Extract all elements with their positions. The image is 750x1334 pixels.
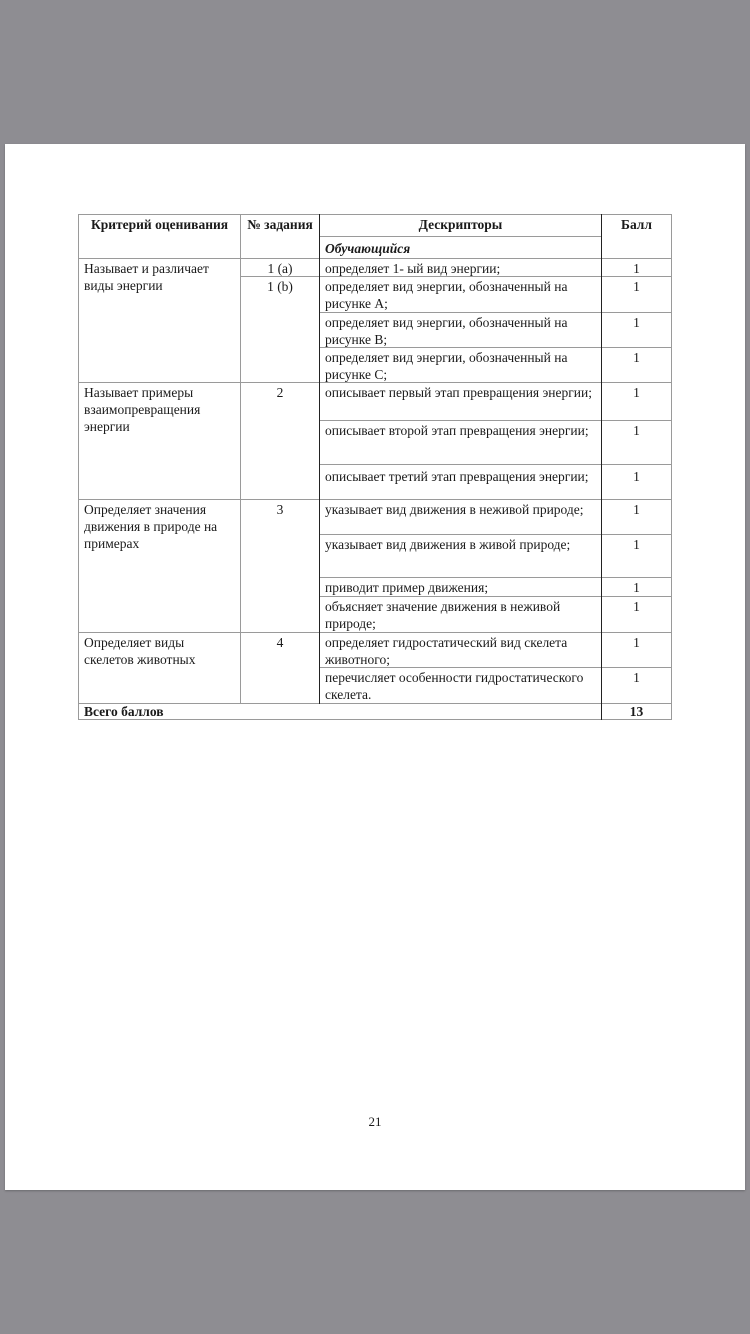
score-cell: 1 [601, 312, 672, 348]
descriptor-cell: определяет вид энергии, обозначенный на … [319, 276, 602, 313]
header-descriptors-sub: Обучающийся [319, 236, 602, 259]
criterion-cell: Определяет значения движения в природе н… [78, 499, 241, 633]
score-cell: 1 [601, 420, 672, 465]
score-cell: 1 [601, 632, 672, 668]
descriptor-cell: указывает вид движения в неживой природе… [319, 499, 602, 535]
document-page: Критерий оценивания № задания Дескриптор… [5, 144, 745, 1190]
score-cell: 1 [601, 382, 672, 421]
descriptor-cell: описывает первый этап превращения энерги… [319, 382, 602, 421]
descriptor-cell: приводит пример движения; [319, 577, 602, 597]
total-score: 13 [601, 703, 672, 720]
score-cell: 1 [601, 258, 672, 277]
descriptor-cell: определяет 1- ый вид энергии; [319, 258, 602, 277]
task-cell: 2 [240, 382, 320, 500]
score-cell: 1 [601, 499, 672, 535]
score-cell: 1 [601, 534, 672, 578]
criterion-cell: Называет примеры взаимопревращения энерг… [78, 382, 241, 500]
score-cell: 1 [601, 276, 672, 313]
score-cell: 1 [601, 667, 672, 704]
descriptor-cell: объясняет значение движения в неживой пр… [319, 596, 602, 633]
task-cell: 4 [240, 632, 320, 704]
score-cell: 1 [601, 577, 672, 597]
criterion-cell: Определяет виды скелетов животных [78, 632, 241, 704]
page-number: 21 [5, 1114, 745, 1130]
header-criterion: Критерий оценивания [78, 214, 241, 259]
column-rule [601, 214, 602, 720]
score-cell: 1 [601, 596, 672, 633]
descriptor-cell: указывает вид движения в живой природе; [319, 534, 602, 578]
descriptor-cell: перечисляет особенности гидростатическог… [319, 667, 602, 704]
header-task-no: № задания [240, 214, 320, 259]
descriptor-cell: определяет гидростатический вид скелета … [319, 632, 602, 668]
descriptor-cell: определяет вид энергии, обозначенный на … [319, 347, 602, 383]
assessment-table: Критерий оценивания № задания Дескриптор… [78, 214, 672, 720]
column-rule [319, 214, 320, 704]
descriptor-cell: определяет вид энергии, обозначенный на … [319, 312, 602, 348]
descriptor-cell: описывает второй этап превращения энерги… [319, 420, 602, 465]
criterion-cell: Называет и различает виды энергии [78, 258, 241, 383]
header-score: Балл [601, 214, 672, 259]
score-cell: 1 [601, 464, 672, 500]
task-cell: 1 (b) [240, 276, 320, 383]
task-cell: 1 (a) [240, 258, 320, 277]
descriptor-cell: описывает третий этап превращения энерги… [319, 464, 602, 500]
score-cell: 1 [601, 347, 672, 383]
total-label: Всего баллов [78, 703, 602, 720]
header-descriptors: Дескрипторы [319, 214, 602, 237]
task-cell: 3 [240, 499, 320, 633]
